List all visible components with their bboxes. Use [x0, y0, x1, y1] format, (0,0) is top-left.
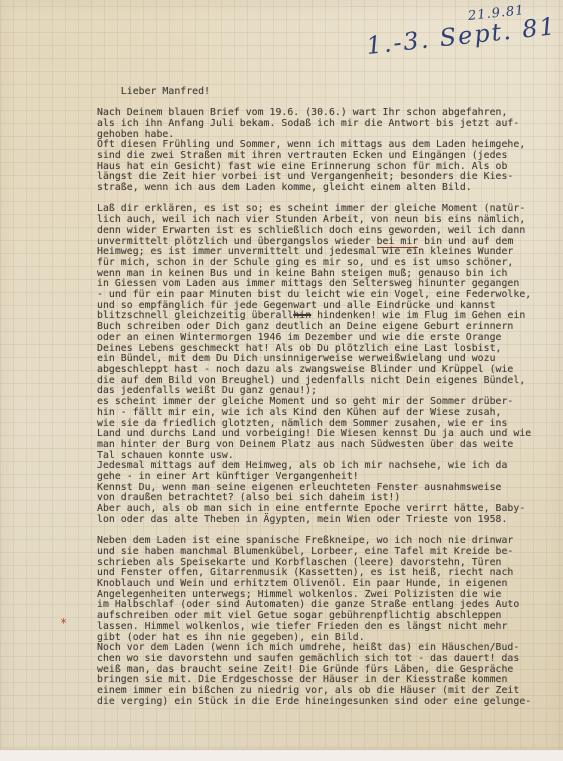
scan-edge: [0, 749, 563, 761]
paragraph-2-part-c: hindenken! wie im Flug im Gehen ein Buch…: [97, 310, 531, 524]
salutation: Lieber Manfred!: [121, 86, 210, 97]
paragraph-1: Nach Deinem blauen Brief vom 19.6. (30.6…: [97, 107, 525, 193]
handwritten-date-range: 1.-3. Sept. 81: [365, 12, 558, 60]
margin-asterisk: *: [60, 616, 67, 630]
letter-page: 21.9.81 1.-3. Sept. 81 * Lieber Manfred!…: [0, 0, 563, 761]
struck-word-hin: hin: [293, 310, 311, 321]
letter-body: Lieber Manfred! Nach Deinem blauen Brief…: [97, 76, 549, 718]
paragraph-2-part-b: bin und auf dem Heimweg; es ist immer un…: [97, 236, 531, 322]
paragraph-3: Neben dem Laden ist eine spanische Freßk…: [97, 535, 531, 707]
